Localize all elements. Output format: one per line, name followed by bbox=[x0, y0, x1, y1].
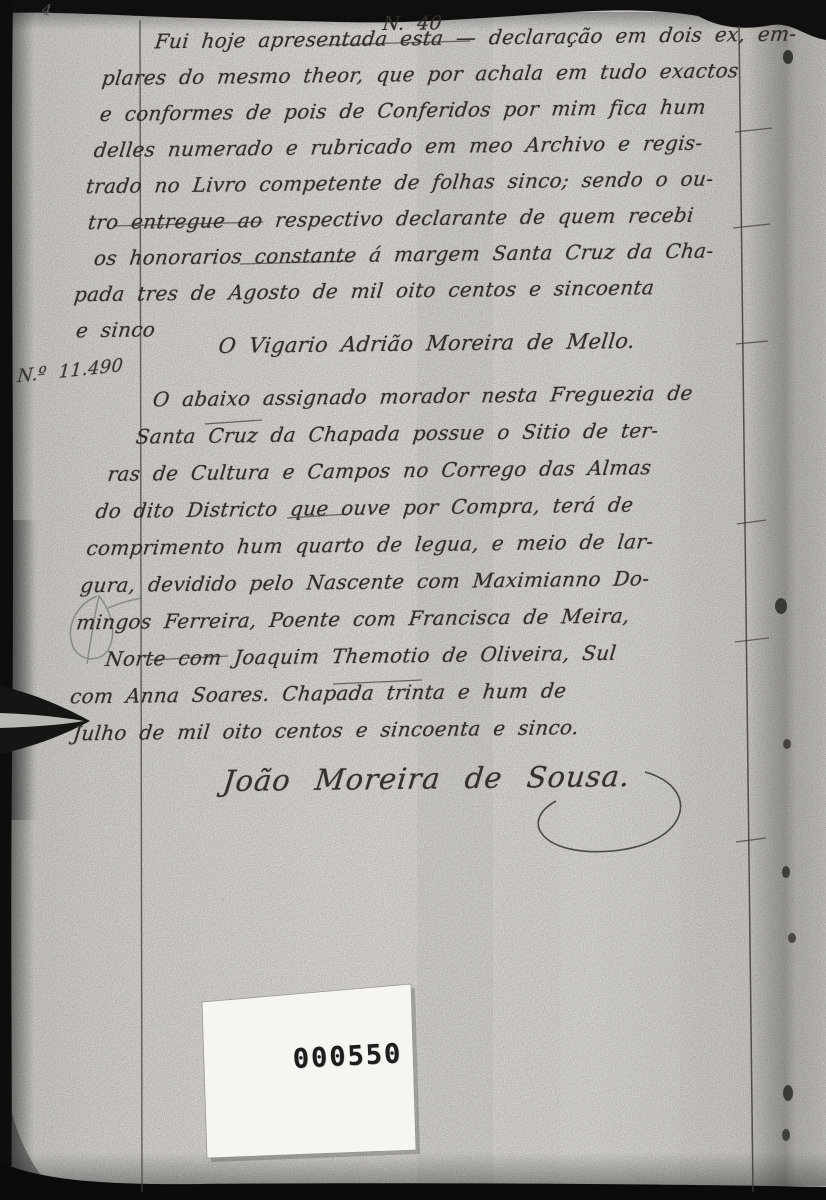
left-scan-border bbox=[0, 0, 13, 1200]
bottom-edge-shadow bbox=[8, 1152, 826, 1186]
stamp-number: 000550 bbox=[292, 1038, 403, 1075]
corner-mark: 4 bbox=[41, 0, 53, 19]
manuscript-paragraph-2: O abaixo assignado morador nesta Freguez… bbox=[59, 374, 790, 753]
scanned-manuscript-page: 4 N. 40 N.º 11.490 Fui hoje apresentada … bbox=[0, 0, 826, 1200]
vicar-signature-line: O Vigario Adrião Moreira de Mello. bbox=[217, 329, 636, 358]
manuscript-paragraph-1: Fui hoje apresentada esta — declaração e… bbox=[64, 16, 790, 349]
declarant-signature: João Moreira de Sousa. bbox=[221, 759, 632, 798]
